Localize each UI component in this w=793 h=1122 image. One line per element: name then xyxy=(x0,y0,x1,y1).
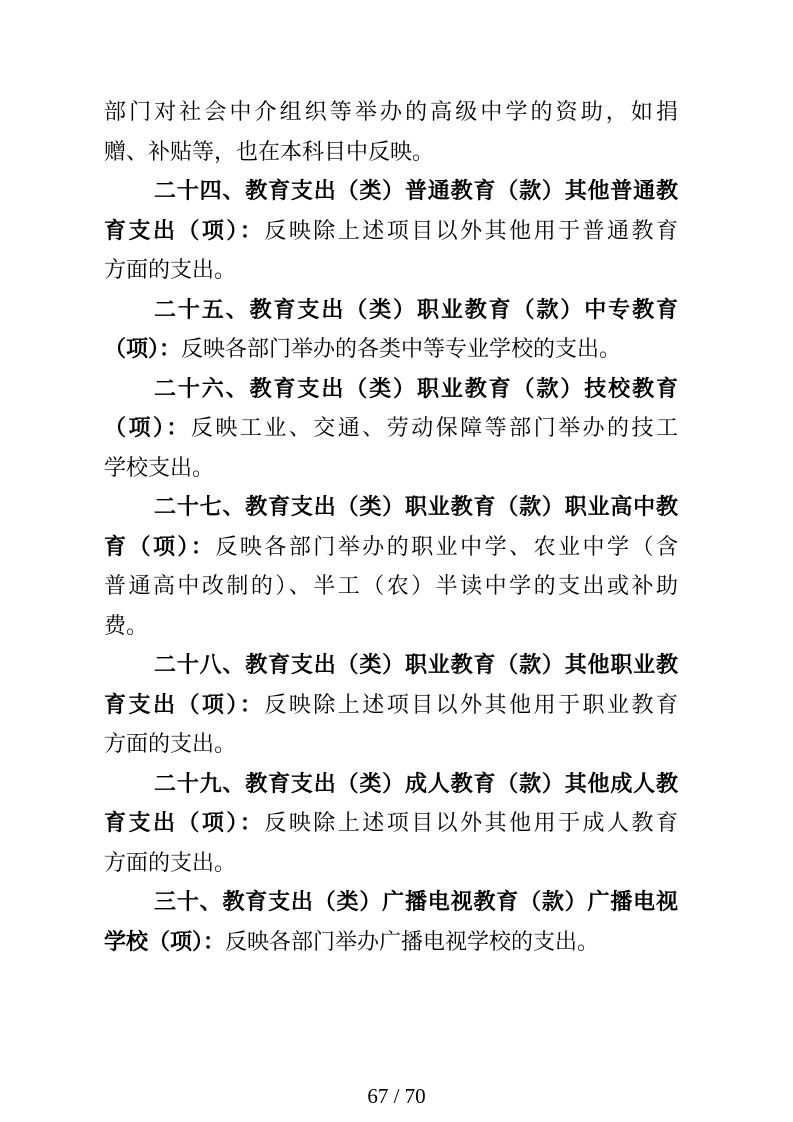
body-text-segment: 普通高中改制的）、半工（农）半读中学的支出或补助 xyxy=(104,573,678,598)
text-line: 部门对社会中介组织等举办的高级中学的资助，如捐 xyxy=(104,92,678,132)
text-line: 二十六、教育支出（类）职业教育（款）技校教育 xyxy=(104,369,678,409)
text-line: 普通高中改制的）、半工（农）半读中学的支出或补助 xyxy=(104,566,678,606)
body-text-segment: 学校支出。 xyxy=(104,455,214,480)
heading-segment: 育支出（项）： xyxy=(104,810,264,835)
heading-segment: 二十七、教育支出（类）职业教育（款）职业高中教 xyxy=(154,494,678,519)
document-body: 部门对社会中介组织等举办的高级中学的资助，如捐赠、补贴等，也在本科目中反映。二十… xyxy=(104,92,678,961)
text-line: 二十五、教育支出（类）职业教育（款）中专教育 xyxy=(104,290,678,330)
text-line: 育（项）：反映各部门举办的职业中学、农业中学（含 xyxy=(104,527,678,567)
heading-segment: 二十四、教育支出（类）普通教育（款）其他普通教 xyxy=(154,178,678,203)
heading-segment: （项）： xyxy=(104,415,191,440)
text-line: 学校支出。 xyxy=(104,448,678,488)
body-text-segment: 反映除上述项目以外其他用于普通教育 xyxy=(264,218,678,243)
text-line: 方面的支出。 xyxy=(104,724,678,764)
heading-segment: 三十、教育支出（类）广播电视教育（款）广播电视 xyxy=(154,889,678,914)
heading-segment: （项）： xyxy=(104,336,181,361)
text-line: 二十七、教育支出（类）职业教育（款）职业高中教 xyxy=(104,487,678,527)
heading-segment: 二十五、教育支出（类）职业教育（款）中专教育 xyxy=(154,297,678,322)
heading-segment: 二十六、教育支出（类）职业教育（款）技校教育 xyxy=(154,376,678,401)
text-line: 赠、补贴等，也在本科目中反映。 xyxy=(104,132,678,172)
body-text-segment: 反映除上述项目以外其他用于职业教育 xyxy=(264,692,678,717)
text-line: 育支出（项）：反映除上述项目以外其他用于成人教育 xyxy=(104,803,678,843)
text-line: 方面的支出。 xyxy=(104,843,678,883)
body-text-segment: 部门对社会中介组织等举办的高级中学的资助，如捐 xyxy=(104,99,678,124)
text-line: 育支出（项）：反映除上述项目以外其他用于普通教育 xyxy=(104,211,678,251)
text-line: 二十八、教育支出（类）职业教育（款）其他职业教 xyxy=(104,645,678,685)
heading-segment: 育支出（项）： xyxy=(104,692,264,717)
heading-segment: 育（项）： xyxy=(104,534,215,559)
body-text-segment: 反映各部门举办广播电视学校的支出。 xyxy=(225,929,599,954)
heading-segment: 二十八、教育支出（类）职业教育（款）其他职业教 xyxy=(154,652,678,677)
text-line: 二十四、教育支出（类）普通教育（款）其他普通教 xyxy=(104,171,678,211)
body-text-segment: 方面的支出。 xyxy=(104,850,236,875)
body-text-segment: 反映工业、交通、劳动保障等部门举办的技工 xyxy=(191,415,678,440)
body-text-segment: 费。 xyxy=(104,613,148,638)
text-line: 育支出（项）：反映除上述项目以外其他用于职业教育 xyxy=(104,685,678,725)
document-page: 部门对社会中介组织等举办的高级中学的资助，如捐赠、补贴等，也在本科目中反映。二十… xyxy=(0,0,793,1122)
body-text-segment: 赠、补贴等，也在本科目中反映。 xyxy=(104,139,434,164)
text-line: （项）：反映各部门举办的各类中等专业学校的支出。 xyxy=(104,329,678,369)
text-line: （项）：反映工业、交通、劳动保障等部门举办的技工 xyxy=(104,408,678,448)
text-line: 费。 xyxy=(104,606,678,646)
body-text-segment: 反映各部门举办的各类中等专业学校的支出。 xyxy=(181,336,621,361)
body-text-segment: 反映各部门举办的职业中学、农业中学（含 xyxy=(215,534,678,559)
text-line: 学校（项）：反映各部门举办广播电视学校的支出。 xyxy=(104,922,678,962)
text-line: 方面的支出。 xyxy=(104,250,678,290)
text-line: 二十九、教育支出（类）成人教育（款）其他成人教 xyxy=(104,764,678,804)
body-text-segment: 方面的支出。 xyxy=(104,257,236,282)
heading-segment: 学校（项）： xyxy=(104,929,225,954)
heading-segment: 育支出（项）： xyxy=(104,218,264,243)
page-number: 67 / 70 xyxy=(0,1084,793,1109)
text-line: 三十、教育支出（类）广播电视教育（款）广播电视 xyxy=(104,882,678,922)
body-text-segment: 反映除上述项目以外其他用于成人教育 xyxy=(264,810,678,835)
body-text-segment: 方面的支出。 xyxy=(104,731,236,756)
heading-segment: 二十九、教育支出（类）成人教育（款）其他成人教 xyxy=(154,771,678,796)
